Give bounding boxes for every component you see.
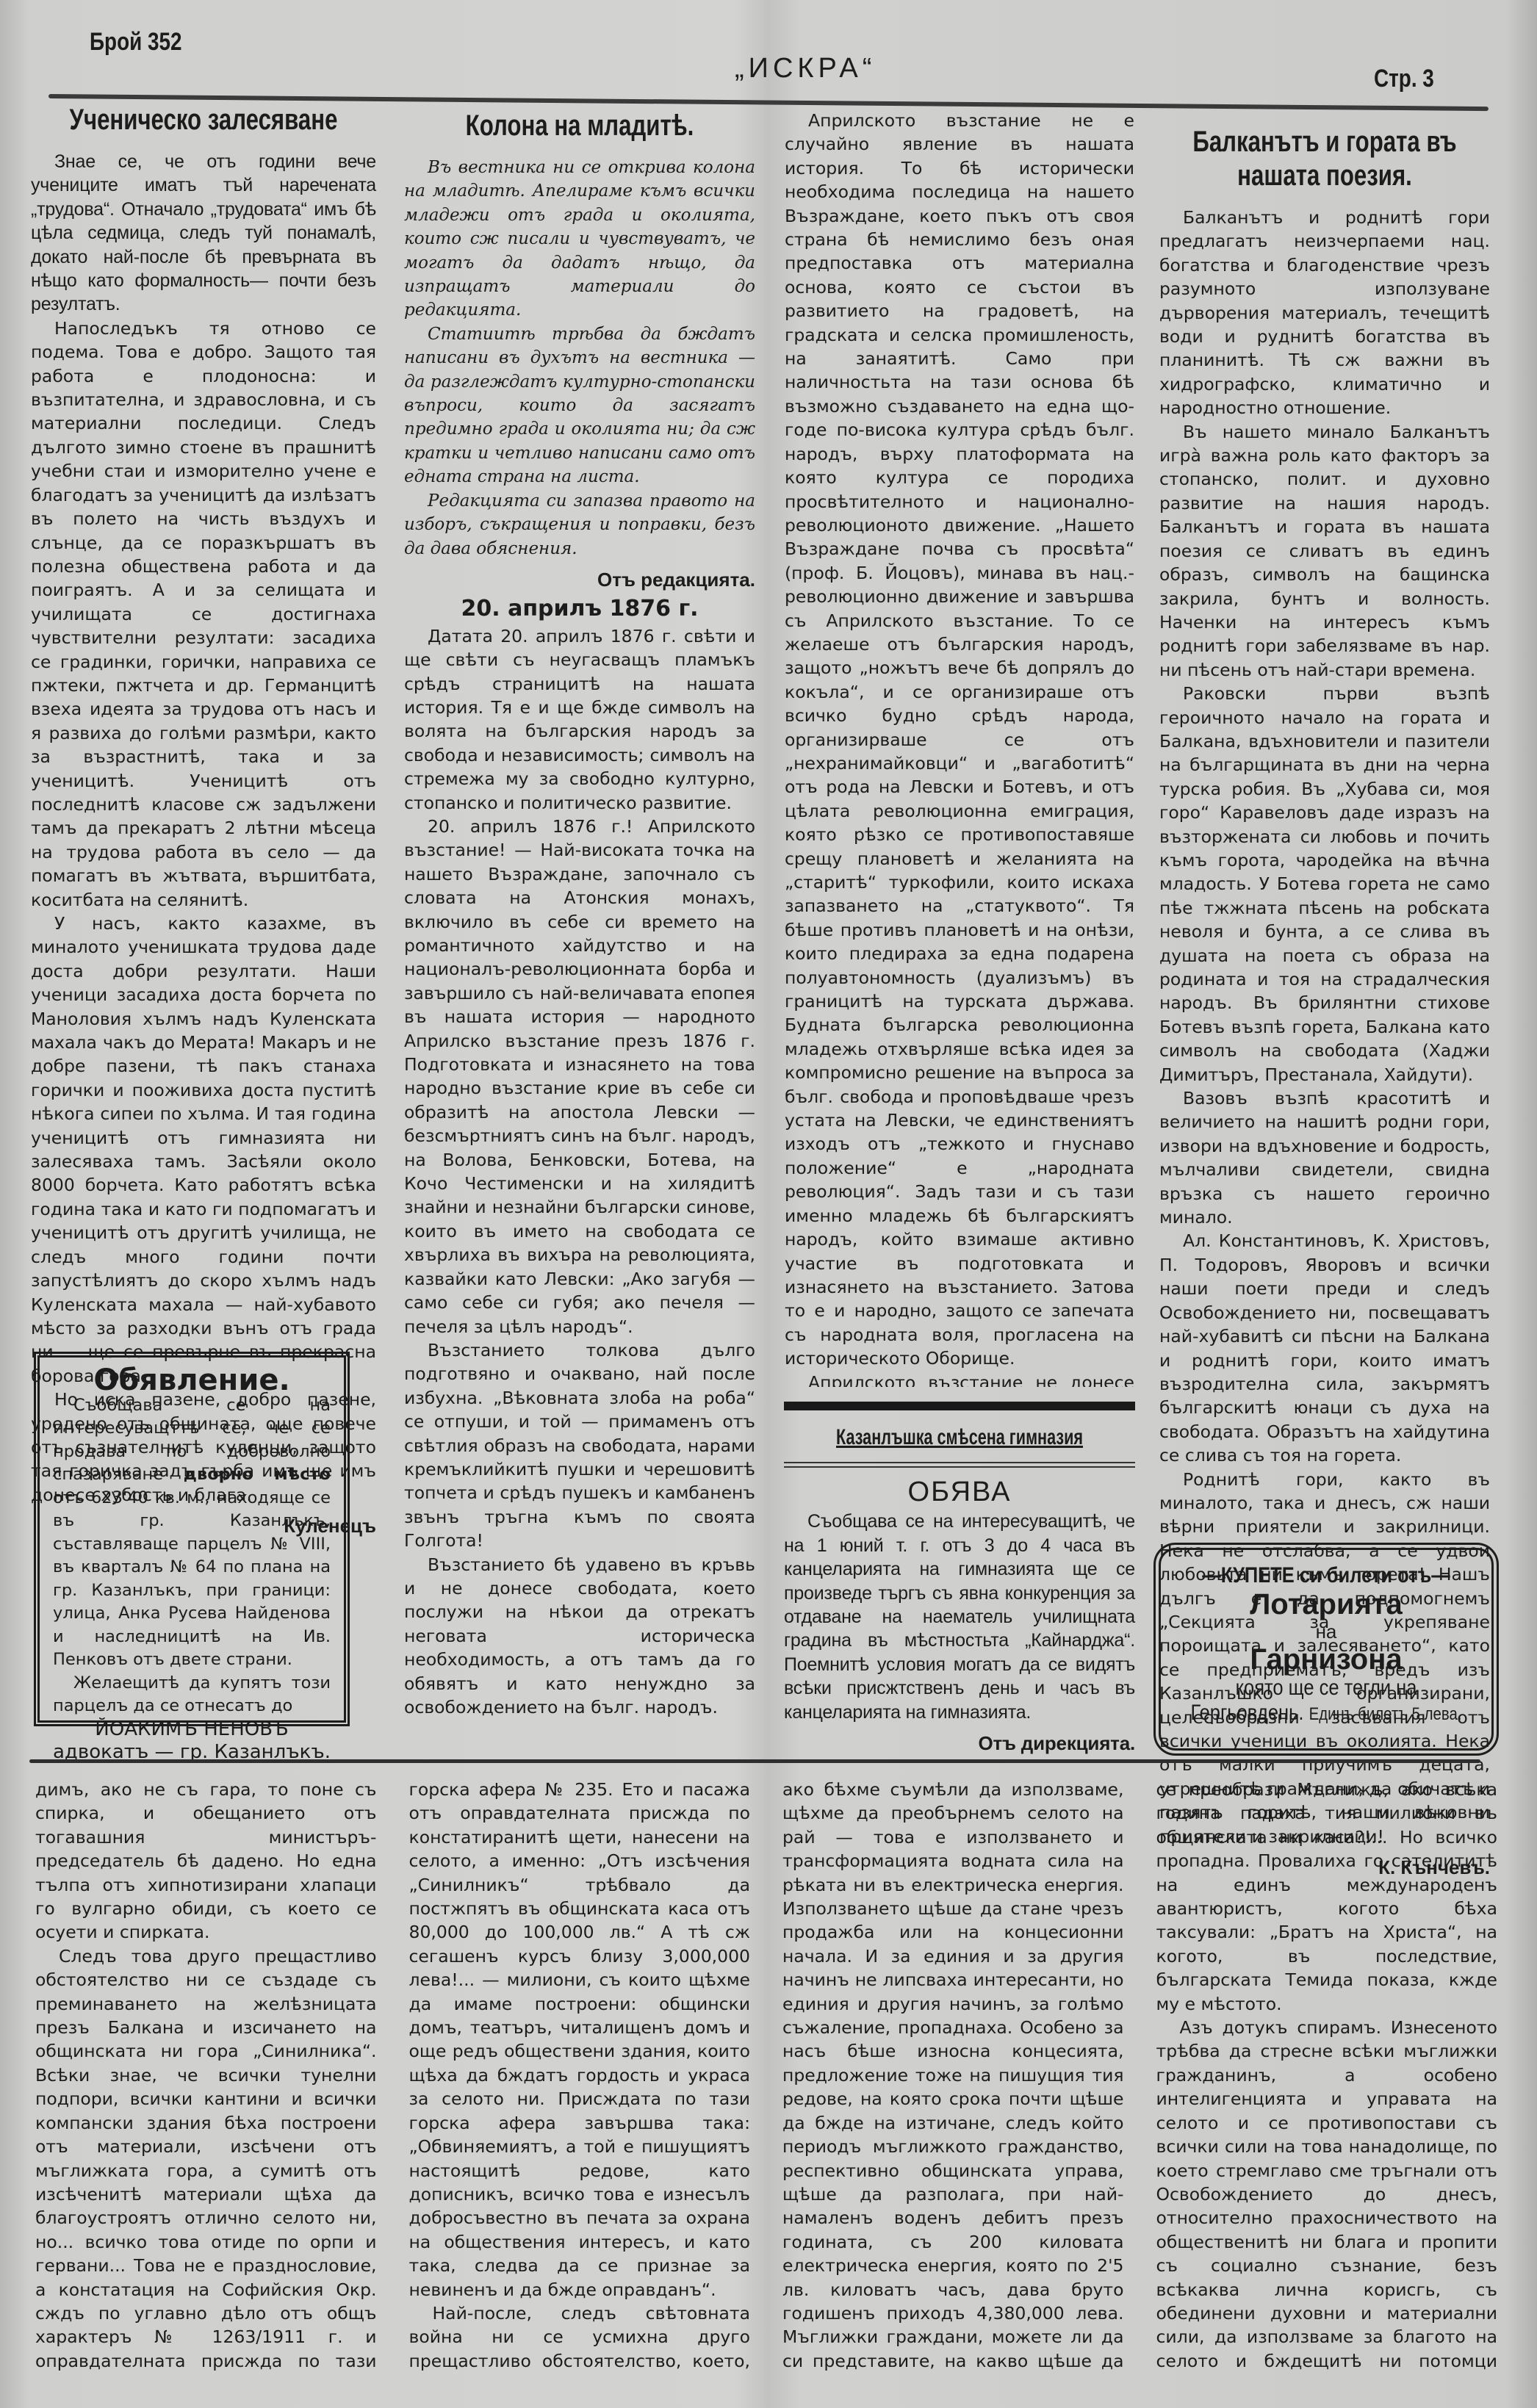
paragraph: Въ вестника ни се открива колона на млад… xyxy=(404,156,755,322)
ad-highlight: дворно мѣсто xyxy=(184,1465,331,1484)
article-title: Ученическо залесяване xyxy=(35,103,372,137)
notice-title: ОБЯВА xyxy=(784,1480,1135,1504)
paragraph: Напоследъкъ тя отново се подема. Това е … xyxy=(31,317,376,912)
school-notice: ОБЯВА Съобщава се на интересуващитѣ, че … xyxy=(784,1473,1135,1755)
notice-text: Съобщава се на интересуващитѣ, че на 1 ю… xyxy=(784,1510,1135,1724)
paragraph: У насъ, както казахме, въ миналото учени… xyxy=(31,912,376,1388)
school-banner: Казанлъшка смѣсена гимназия xyxy=(833,1425,1086,1450)
lottery-name: Лотарията xyxy=(1161,1588,1491,1621)
article-title: Колона на младитѣ. xyxy=(408,109,751,143)
paragraph: Раковски първи възпѣ героичното начало н… xyxy=(1159,682,1490,1086)
article-bottom: димъ, ако не съ гара, то поне съ спирка,… xyxy=(35,1778,1497,2380)
april-title: 20. априлъ 1876 г. xyxy=(404,597,755,621)
lottery-date: Гергьовдень. xyxy=(1190,1701,1303,1725)
lottery-line: която ще се тегли на xyxy=(1186,1676,1467,1701)
ad-title: Обявление. xyxy=(53,1369,331,1393)
newspaper-page: Брой 352 „ИСКРА“ Стр. 3 Ученическо залес… xyxy=(0,0,1537,2408)
issue-number: Брой 352 xyxy=(90,28,182,57)
paragraph: Въ нашето минало Балканътъ игра̀ важна р… xyxy=(1159,420,1490,682)
article-title: Балканътъ и гората въ нашата поезия. xyxy=(1162,125,1489,192)
paragraph: Статиитѣ трѣбва да бждатъ написани въ ду… xyxy=(404,322,755,489)
article-april-continued: Априлското възстание не е случайно явлен… xyxy=(785,109,1134,1387)
ad-contact-name: ЙОАКИМЪ НЕНОВЪ xyxy=(53,1718,331,1742)
page-number: Стр. 3 xyxy=(1374,65,1434,93)
lottery-ad: —КУПЕТЕ си билети отъ— Лотарията на Гарн… xyxy=(1153,1543,1499,1756)
lottery-price: Единъ билетъ 5 лева. xyxy=(1309,1704,1462,1724)
article-students: Ученическо залесяване Знае се, че отъ го… xyxy=(31,103,376,1538)
paragraph: Датата 20. априлъ 1876 г. свѣти и ще свѣ… xyxy=(404,624,755,815)
paragraph: 20. априлъ 1876 г.! Априлското възстание… xyxy=(404,815,755,1338)
lottery-line: —КУПЕТЕ си билети отъ— xyxy=(1186,1563,1467,1588)
paragraph: Балканътъ и роднитѣ гори предлагатъ неиз… xyxy=(1159,206,1490,420)
land-sale-ad: Обявление. Съобщава се на интересуващттѣ… xyxy=(34,1352,350,1726)
paragraph: Възстанието бѣ удавено въ кръвь и не дон… xyxy=(404,1553,755,1720)
paragraph: димъ, ако не съ гара, то поне съ спирка,… xyxy=(35,1778,377,1944)
signature: Отъ дирекцията. xyxy=(784,1731,1135,1755)
section-divider xyxy=(29,1759,1480,1763)
paragraph: Априлското възстание не донесе прѣко сво… xyxy=(785,1371,1134,1387)
paragraph: Знае се, че отъ години вече учениците им… xyxy=(31,150,376,317)
lottery-line: на xyxy=(1161,1621,1491,1643)
paragraph: Редакцията си запазва правото на изборъ,… xyxy=(404,489,755,560)
section-bar xyxy=(784,1402,1135,1410)
section-rule xyxy=(784,1462,1135,1468)
article-youth: Колона на младитѣ. Въ вестника ни се отк… xyxy=(404,109,755,1719)
lottery-org: Гарнизона xyxy=(1161,1643,1491,1676)
paragraph: Възстанието толкова дълго подготвяно и о… xyxy=(404,1338,755,1553)
newspaper-title: „ИСКРА“ xyxy=(735,53,876,84)
ad-text: отъ 623'40 кв. м., находяще се въ гр. Ка… xyxy=(53,1488,331,1670)
paragraph: Ал. Константиновъ, К. Христовъ, П. Тодор… xyxy=(1159,1229,1490,1467)
paragraph: Вазовъ възпѣ красотитѣ и величието на на… xyxy=(1159,1086,1490,1229)
signature: Отъ редакцията. xyxy=(404,568,755,591)
ad-text-2: Желаещитѣ да купятъ този парцелъ да се о… xyxy=(53,1672,331,1718)
paragraph: Априлското възстание не е случайно явлен… xyxy=(785,109,1134,1371)
